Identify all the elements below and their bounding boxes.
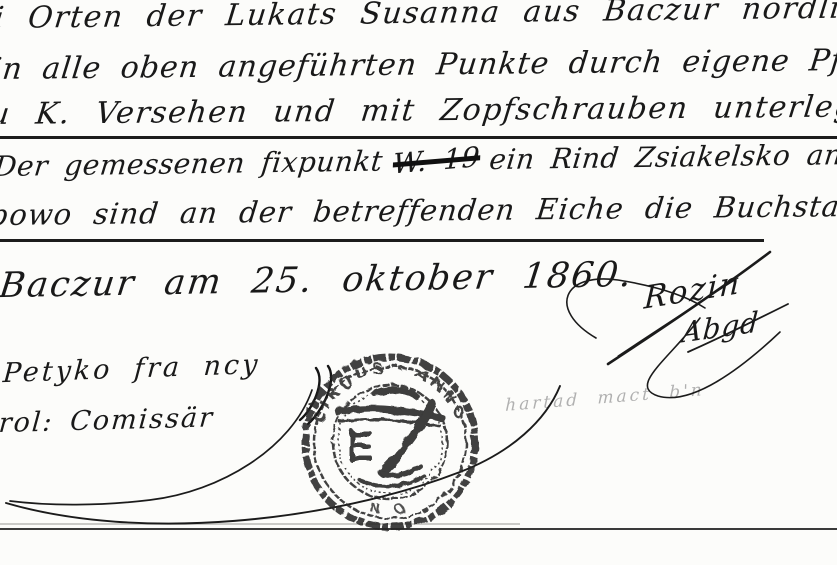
- handwritten-line-2: in alle oben angeführten Punkte durch ei…: [0, 42, 837, 87]
- scanned-document-page: i Orten der Lukats Susanna aus Baczur no…: [0, 0, 837, 565]
- official-title-line: rol: Comissär: [0, 402, 215, 439]
- seal-rim-text: CIROUS · ANNO: [309, 358, 471, 425]
- seal-emblem: [338, 390, 442, 487]
- line4-text-before: Der gemessenen fixpunkt: [0, 145, 385, 183]
- place-and-date-line: Baczur am 25. oktober 1860.: [0, 255, 635, 306]
- horizontal-rule-bottom: [0, 528, 837, 530]
- handwritten-line-1: i Orten der Lukats Susanna aus Baczur no…: [0, 0, 837, 36]
- handwritten-line-4: Der gemessenen fixpunktW. 19ein Rind Zsi…: [0, 137, 837, 183]
- faint-pencil-annotation: hartad mact b'n: [505, 380, 705, 416]
- line4-text-after: ein Rind Zsiakelsko an de: [488, 137, 837, 176]
- handwritten-line-3: u K. Versehen und mit Zopfschrauben unte…: [0, 89, 837, 132]
- horizontal-rule-middle: [0, 239, 764, 242]
- scan-smudge: [0, 523, 520, 525]
- seal-rim-text-top: CIROUS · ANNO: [309, 358, 471, 425]
- pen-flourish-after-name: [300, 366, 331, 424]
- signature-second-line: Abgd: [681, 305, 761, 350]
- handwritten-line-5: bowo sind an der betreffenden Eiche die …: [0, 188, 837, 232]
- crossed-out-point-number: W. 19: [392, 140, 481, 180]
- seal-rim-text-bottom: N O: [368, 500, 411, 517]
- official-name-line: Petyko fra ncy: [2, 349, 262, 389]
- seal-rim-text-bottom-wrap: N O: [368, 500, 411, 517]
- official-round-seal: CIROUS · ANNO N O: [305, 357, 475, 527]
- horizontal-rule-top: [0, 136, 837, 139]
